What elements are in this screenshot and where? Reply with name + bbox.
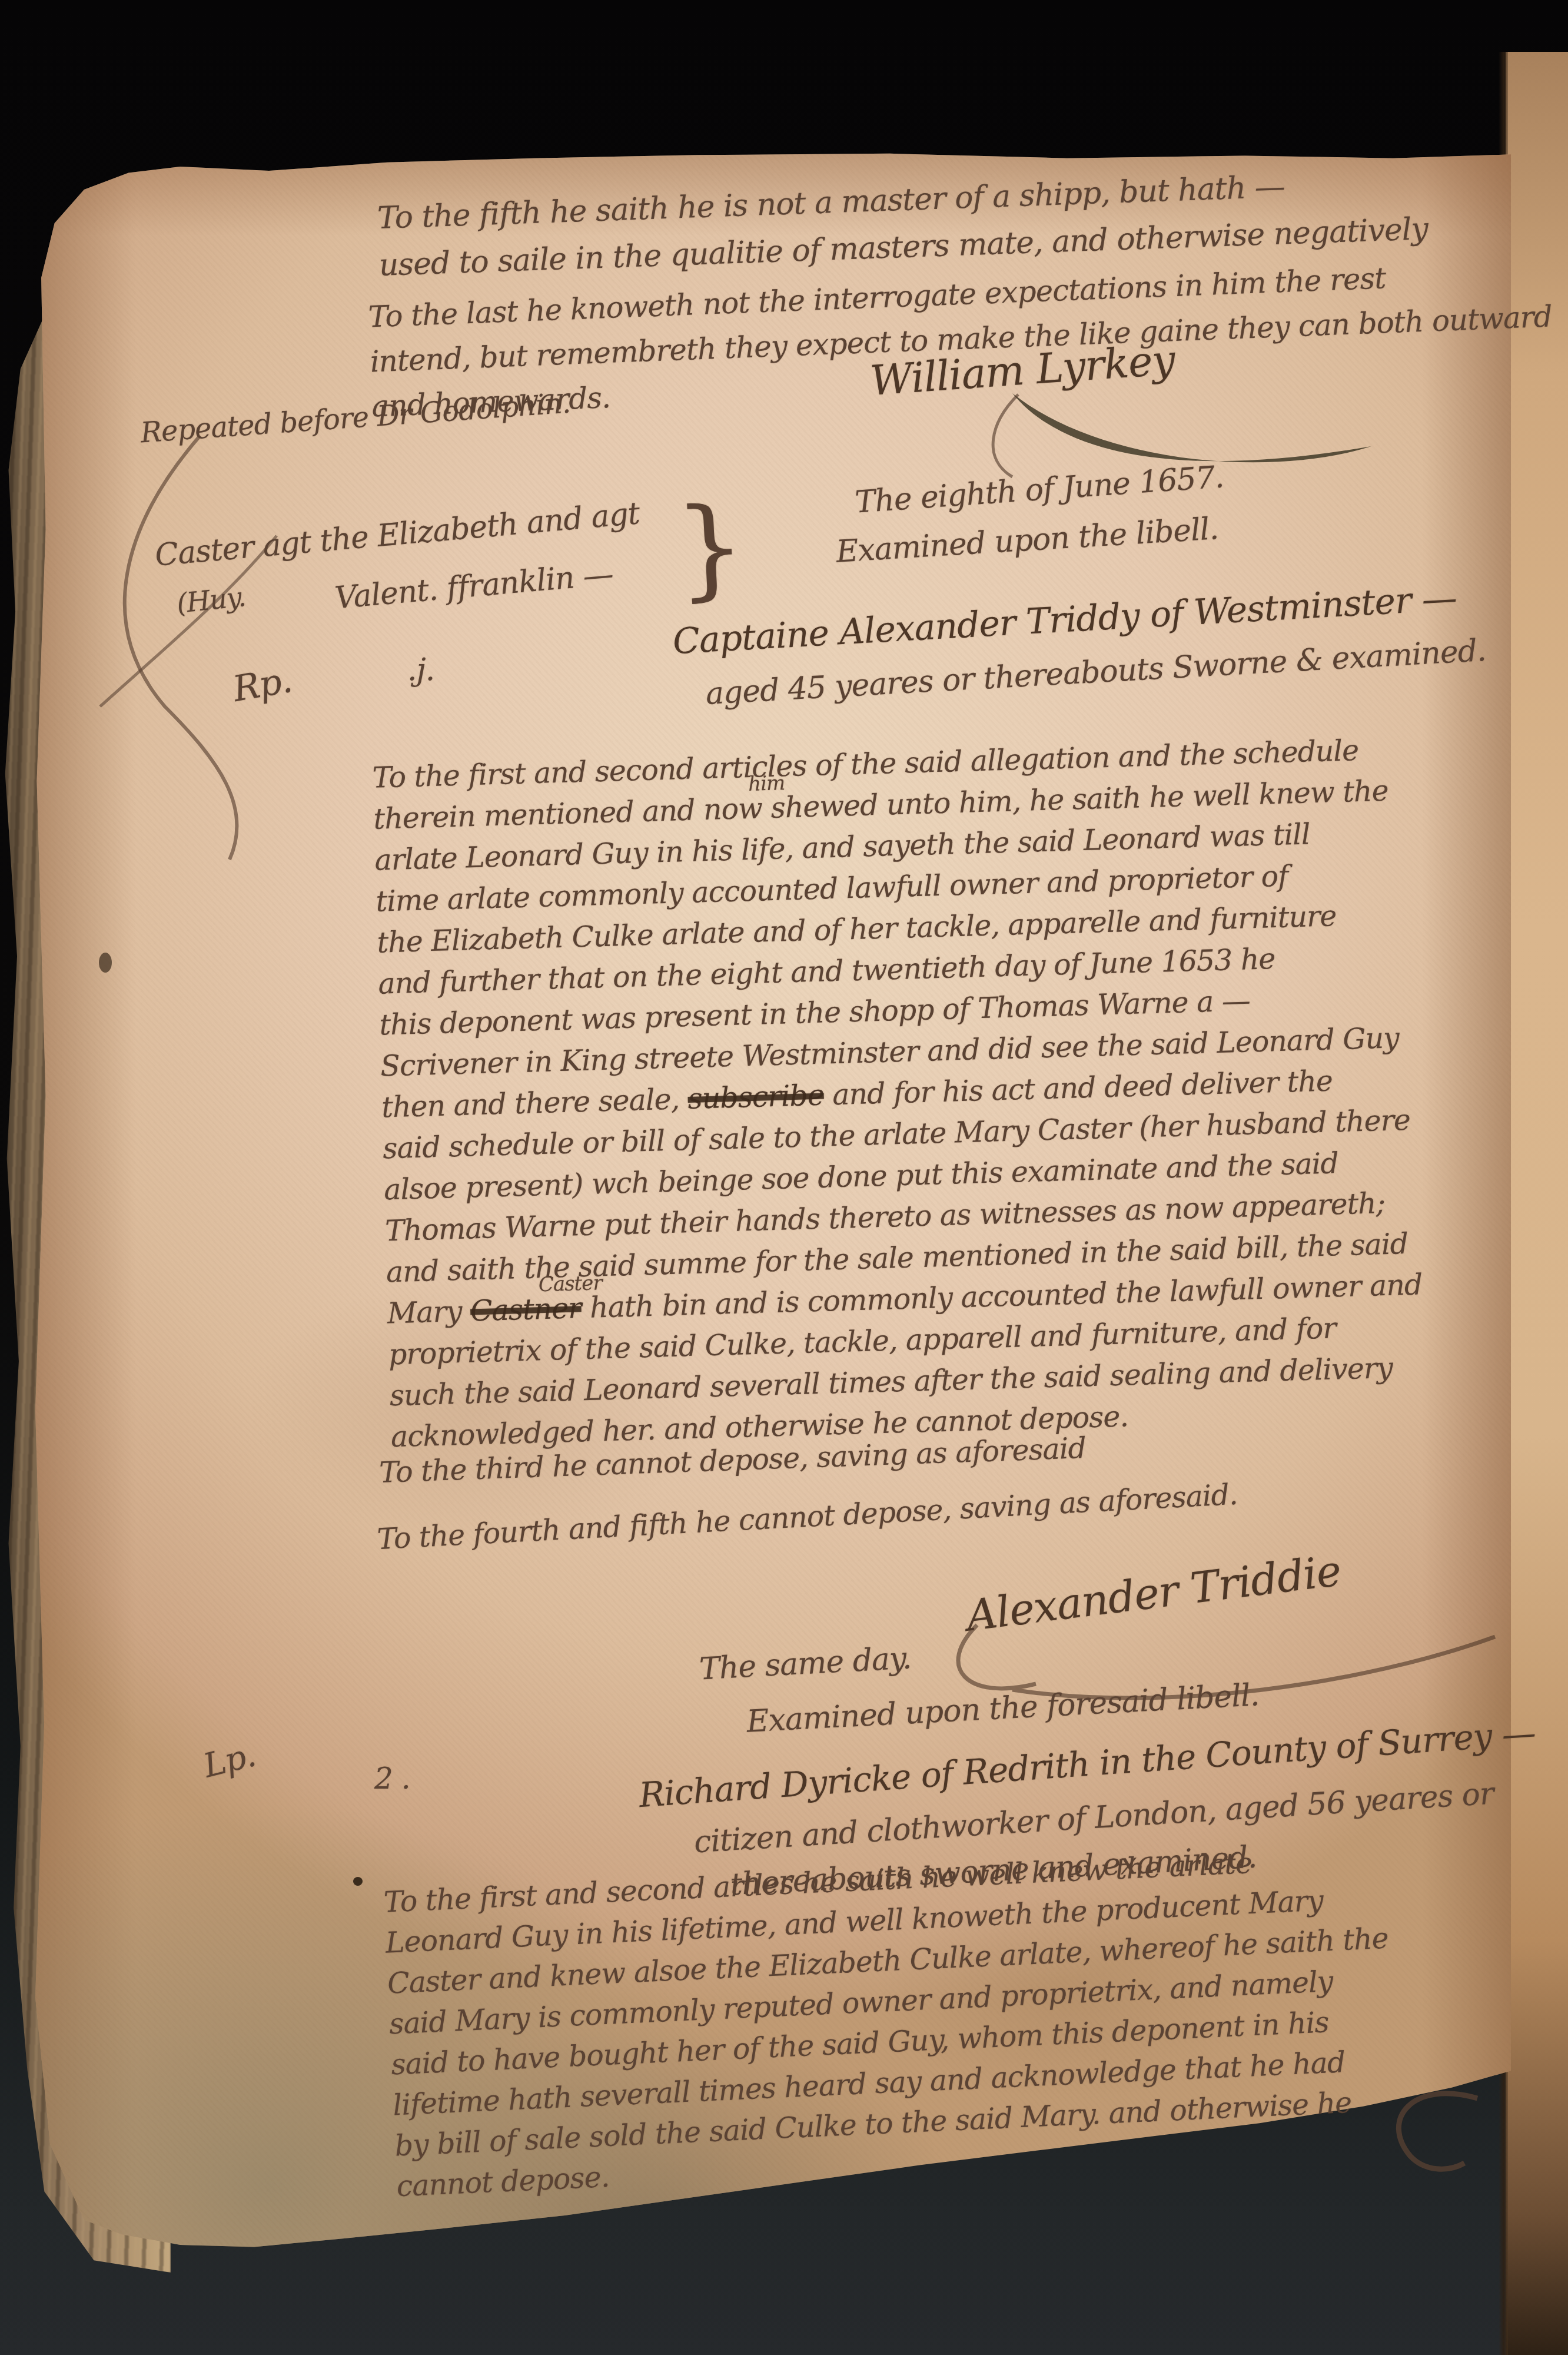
line-text: then and there seale,	[381, 1082, 689, 1125]
margin-mark-one: .j.	[407, 652, 434, 688]
interlined-correction: Caster	[538, 1262, 603, 1305]
struck-word: subscribe	[687, 1079, 825, 1116]
next-page-edge	[1506, 52, 1568, 2355]
deposition1: To the first and second articles of the …	[372, 729, 1426, 1458]
margin-mark-two: 2 .	[374, 1762, 410, 1796]
bottom-flourish	[1371, 2084, 1489, 2190]
stain-spot	[99, 953, 112, 973]
line-text: Mary	[387, 1294, 471, 1330]
margin-flourish	[77, 430, 324, 865]
manuscript-photo: To the fifth he saith he is not a master…	[0, 0, 1568, 2355]
case-caption-brace: }	[672, 482, 748, 613]
ink-fleck	[353, 1877, 363, 1886]
deposition2: To the first and second artles he saith …	[383, 1837, 1398, 2207]
interlined-word: him	[748, 762, 785, 805]
